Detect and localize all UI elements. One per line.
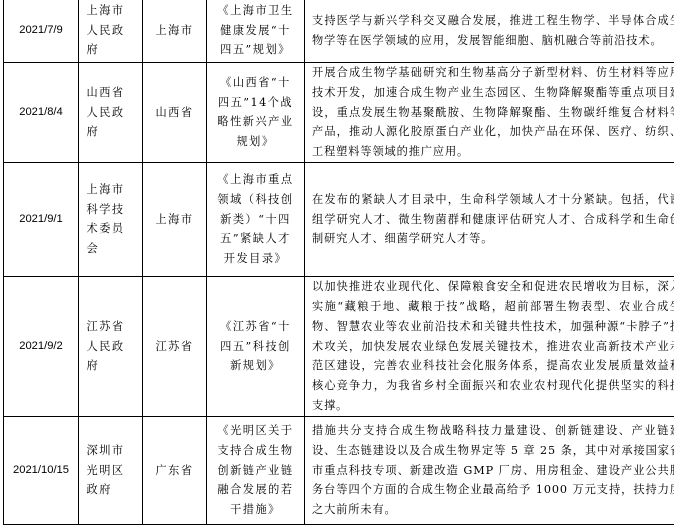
region-cell: 广东省 (143, 416, 207, 524)
policy-content-cell: 在发布的紧缺人才目录中，生命科学领域人才十分紧缺。包括，代谢组学研究人才、微生物… (305, 162, 674, 276)
date-cell: 2021/9/1 (4, 162, 79, 276)
table-row: 2021/8/4 山西省人民政府 山西省 《山西省“十四五”14个战略性新兴产业… (4, 63, 674, 163)
issuer-cell: 江苏省人民政府 (79, 276, 143, 416)
policy-title-text: 《江苏省“十四五”科技创新规划》 (215, 317, 297, 376)
date-cell: 2021/7/9 (4, 0, 79, 63)
issuer-text: 深圳市光明区政府 (87, 441, 135, 500)
policy-title-cell: 《山西省“十四五”14个战略性新兴产业规划》 (207, 63, 305, 163)
issuer-text: 上海市人民政府 (87, 1, 135, 60)
date-cell: 2021/10/15 (4, 416, 79, 524)
region-cell: 上海市 (143, 162, 207, 276)
issuer-text: 江苏省人民政府 (87, 317, 135, 376)
policy-title-text: 《上海市卫生健康发展“十四五”规划》 (215, 1, 297, 60)
policy-title-text: 《光明区关于支持合成生物创新链产业链融合发展的若干措施》 (215, 421, 297, 520)
table-row: 2021/10/15 深圳市光明区政府 广东省 《光明区关于支持合成生物创新链产… (4, 416, 674, 524)
region-cell: 江苏省 (143, 276, 207, 416)
policy-title-text: 《上海市重点领域（科技创新类）“十四五”紧缺人才开发目录》 (215, 170, 297, 269)
region-cell: 山西省 (143, 63, 207, 163)
policy-table: 2021/7/9 上海市人民政府 上海市 《上海市卫生健康发展“十四五”规划》 … (3, 0, 674, 525)
issuer-cell: 深圳市光明区政府 (79, 416, 143, 524)
policy-title-text: 《山西省“十四五”14个战略性新兴产业规划》 (215, 73, 297, 152)
policy-content-cell: 支持医学与新兴学科交叉融合发展，推进工程生物学、半导体合成生物学等在医学领域的应… (305, 0, 674, 63)
table-row: 2021/9/1 上海市科学技术委员会 上海市 《上海市重点领域（科技创新类）“… (4, 162, 674, 276)
issuer-cell: 上海市科学技术委员会 (79, 162, 143, 276)
issuer-text: 山西省人民政府 (87, 83, 135, 142)
policy-content-cell: 开展合成生物学基础研究和生物基高分子新型材料、仿生材料等应用技术开发，加速合成生… (305, 63, 674, 163)
date-cell: 2021/9/2 (4, 276, 79, 416)
issuer-cell: 山西省人民政府 (79, 63, 143, 163)
table-row: 2021/7/9 上海市人民政府 上海市 《上海市卫生健康发展“十四五”规划》 … (4, 0, 674, 63)
date-cell: 2021/8/4 (4, 63, 79, 163)
policy-title-cell: 《上海市卫生健康发展“十四五”规划》 (207, 0, 305, 63)
policy-title-cell: 《光明区关于支持合成生物创新链产业链融合发展的若干措施》 (207, 416, 305, 524)
policy-content-cell: 措施共分支持合成生物战略科技力量建设、创新链建设、产业链建设、生态链建设以及合成… (305, 416, 674, 524)
policy-content-cell: 以加快推进农业现代化、保障粮食安全和促进农民增收为目标，深入实施“藏粮于地、藏粮… (305, 276, 674, 416)
table-row: 2021/9/2 江苏省人民政府 江苏省 《江苏省“十四五”科技创新规划》 以加… (4, 276, 674, 416)
issuer-text: 上海市科学技术委员会 (87, 180, 135, 259)
issuer-cell: 上海市人民政府 (79, 0, 143, 63)
region-cell: 上海市 (143, 0, 207, 63)
policy-title-cell: 《江苏省“十四五”科技创新规划》 (207, 276, 305, 416)
policy-title-cell: 《上海市重点领域（科技创新类）“十四五”紧缺人才开发目录》 (207, 162, 305, 276)
